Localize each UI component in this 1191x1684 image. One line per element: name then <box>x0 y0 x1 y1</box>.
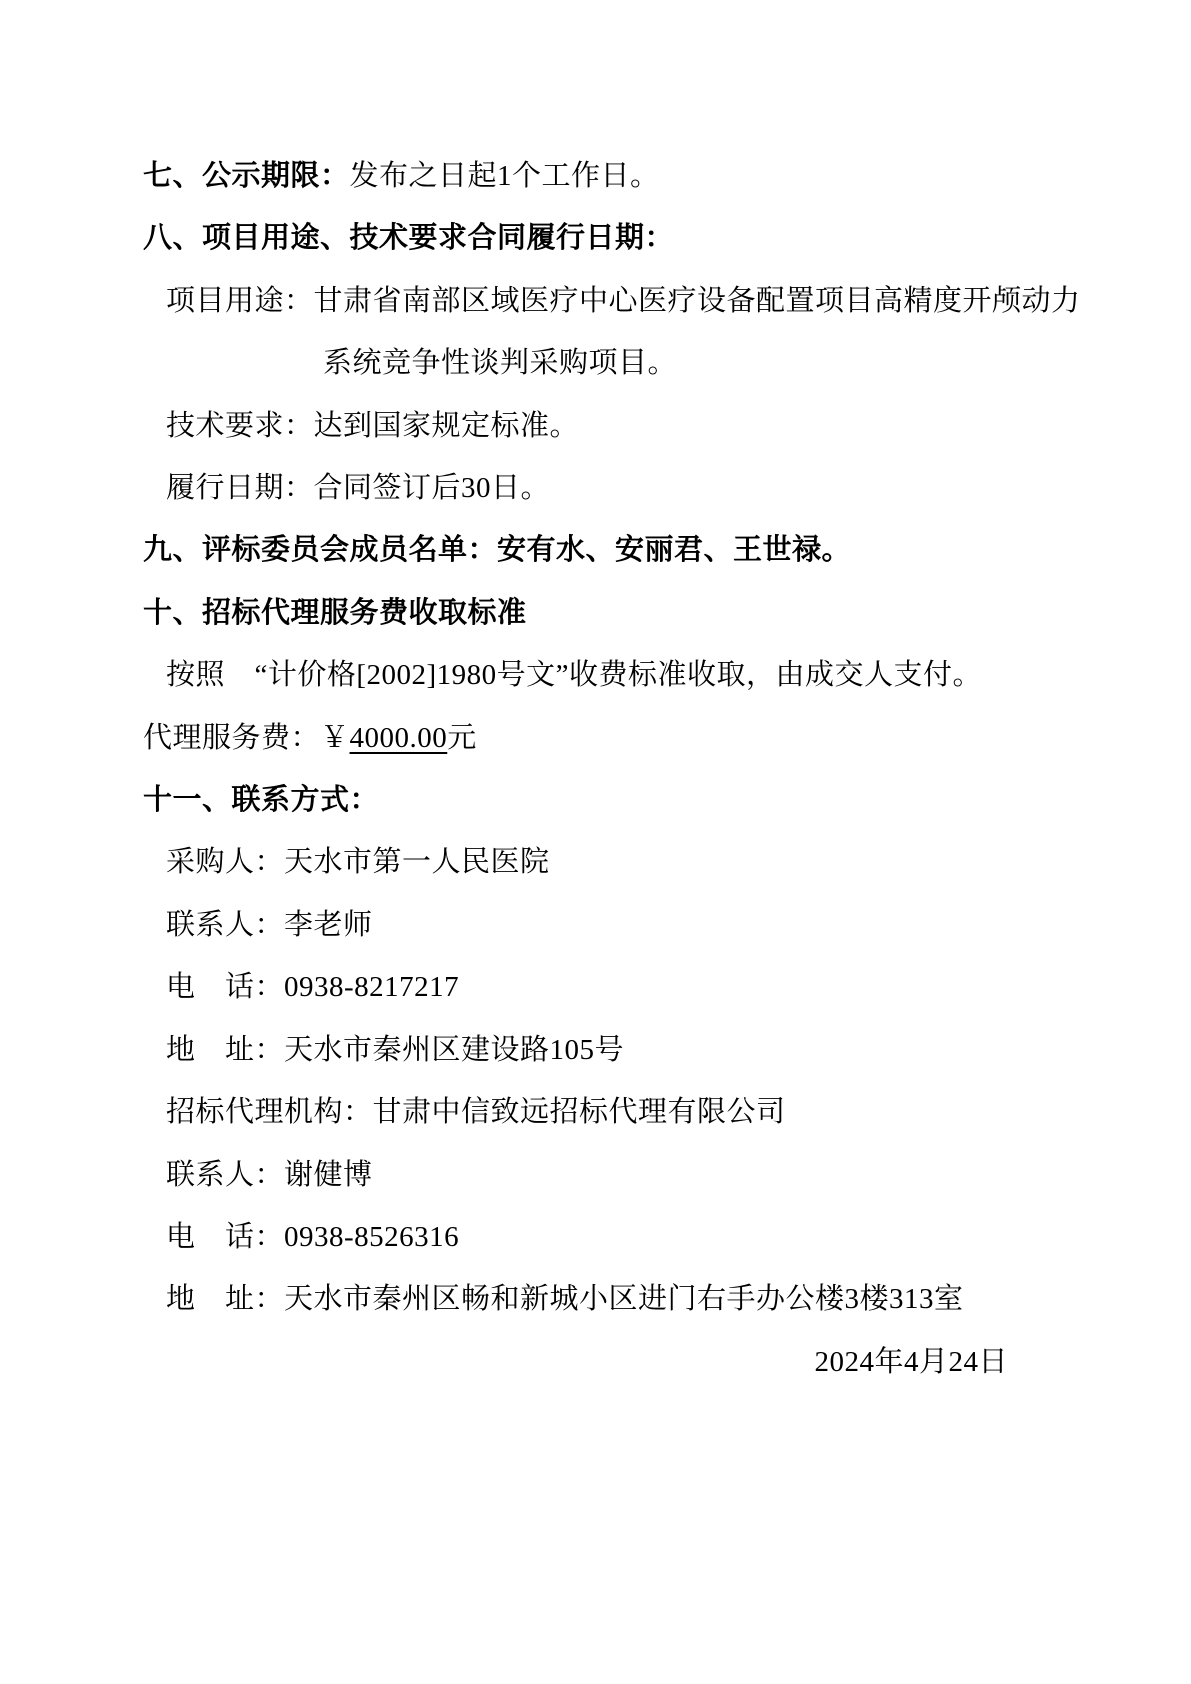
purchaser-name: 采购人：天水市第一人民医院 <box>143 831 1045 893</box>
section-fee-heading: 十、招标代理服务费收取标准 <box>143 582 1045 644</box>
technical-requirement: 技术要求：达到国家规定标准。 <box>143 395 1045 457</box>
performance-date: 履行日期：合同签订后30日。 <box>143 457 1045 519</box>
agency-name: 招标代理机构：甘肃中信致远招标代理有限公司 <box>143 1081 1045 1143</box>
purchaser-contact-person: 联系人：李老师 <box>143 894 1045 956</box>
document-body: 七、公示期限：发布之日起1个工作日。 八、项目用途、技术要求合同履行日期： 项目… <box>0 0 1191 1393</box>
agency-phone: 电 话：0938-8526316 <box>143 1206 1045 1268</box>
document-date: 2024年4月24日 <box>143 1331 1045 1393</box>
agency-fee-prefix: 代理服务费：￥ <box>143 722 350 754</box>
purchaser-phone: 电 话：0938-8217217 <box>143 956 1045 1018</box>
section-committee-heading: 九、评标委员会成员名单：安有水、安丽君、王世禄。 <box>143 519 1045 581</box>
document-page: 七、公示期限：发布之日起1个工作日。 八、项目用途、技术要求合同履行日期： 项目… <box>0 0 1191 1684</box>
section-usage-heading: 八、项目用途、技术要求合同履行日期： <box>143 207 1045 269</box>
agency-fee-unit: 元 <box>447 722 477 754</box>
agency-contact-person: 联系人：谢健博 <box>143 1144 1045 1206</box>
agency-address: 地 址：天水市秦州区畅和新城小区进门右手办公楼3楼313室 <box>143 1268 1045 1330</box>
agency-fee-amount: 4000.00 <box>350 722 448 754</box>
agency-fee-line: 代理服务费：￥4000.00元 <box>143 707 1045 769</box>
project-usage-line1: 项目用途：甘肃省南部区域医疗中心医疗设备配置项目高精度开颅动力 <box>143 270 1045 332</box>
fee-basis: 按照 “计价格[2002]1980号文”收费标准收取，由成交人支付。 <box>143 644 1045 706</box>
publicity-period-heading: 七、公示期限： <box>143 160 350 192</box>
section-contact-heading: 十一、联系方式： <box>143 769 1045 831</box>
purchaser-address: 地 址：天水市秦州区建设路105号 <box>143 1019 1045 1081</box>
project-usage-line2: 系统竞争性谈判采购项目。 <box>143 332 1045 394</box>
publicity-period-value: 发布之日起1个工作日。 <box>350 160 660 192</box>
publicity-period-line: 七、公示期限：发布之日起1个工作日。 <box>143 145 1045 207</box>
